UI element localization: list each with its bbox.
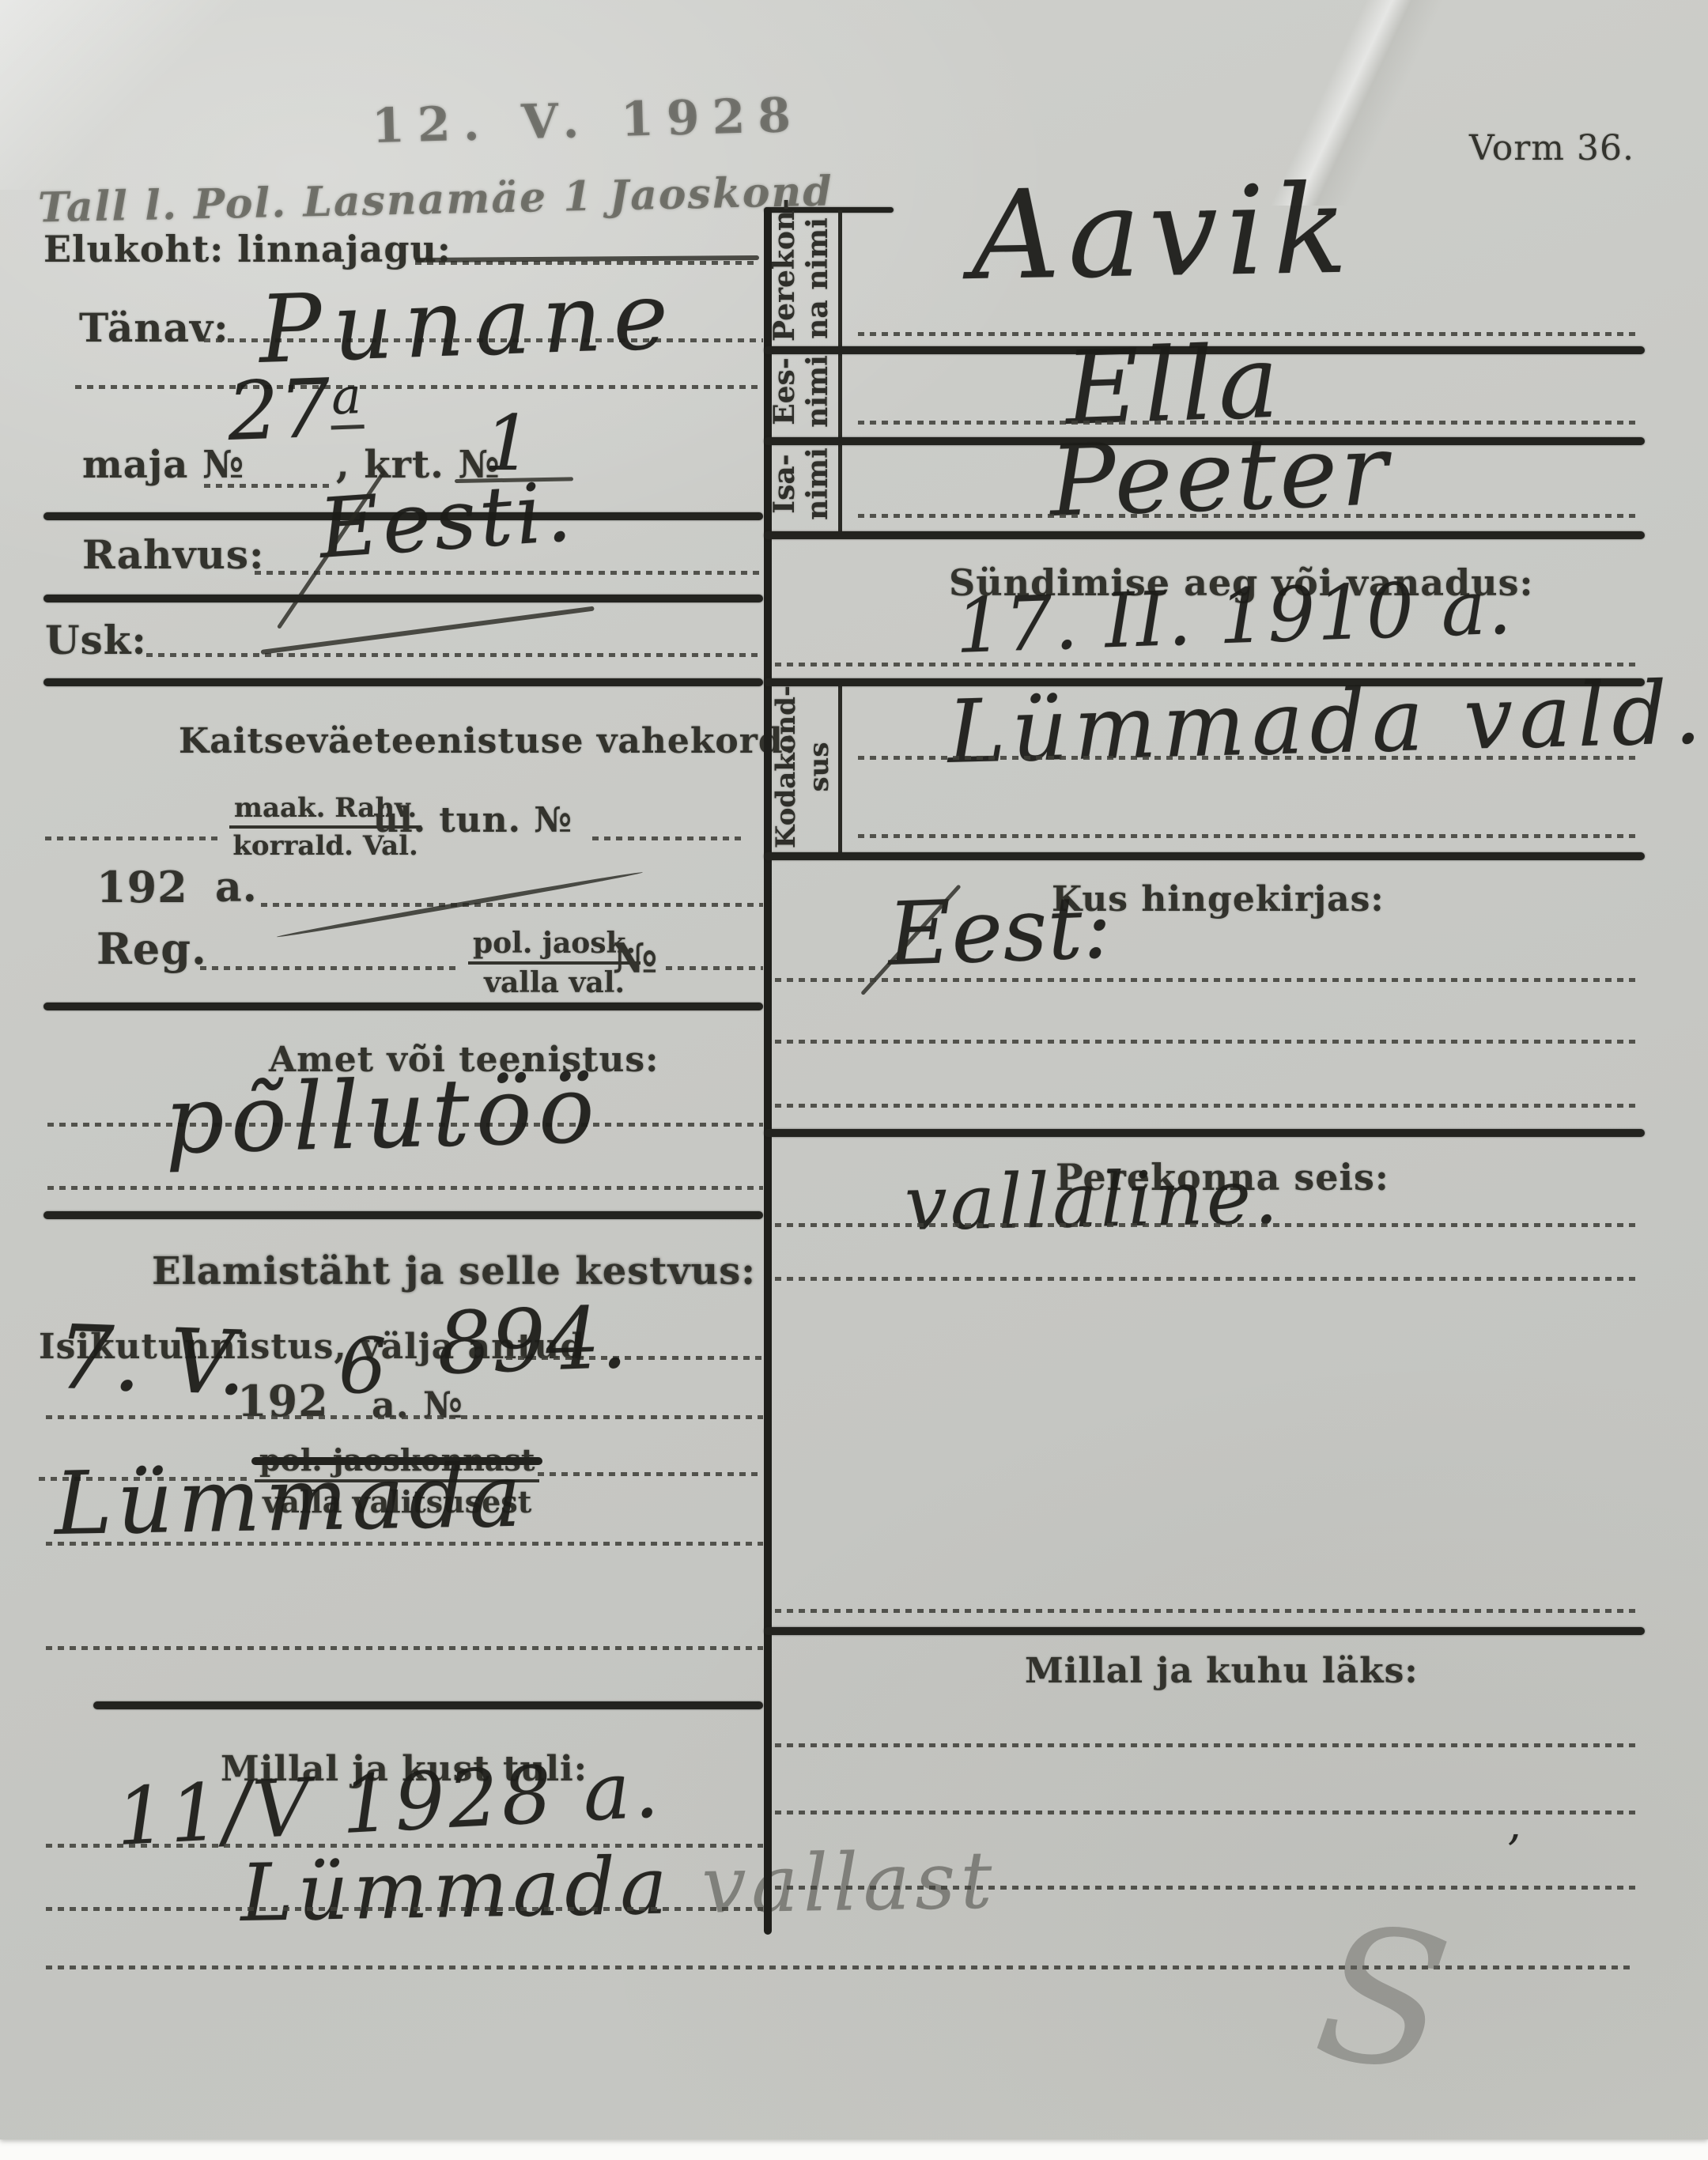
rule-dotted	[45, 836, 221, 840]
vertical-label-kodakondsus: Kodakond- sus	[769, 676, 833, 858]
rule-dotted	[775, 1811, 1637, 1814]
rule-thick	[43, 1211, 763, 1219]
rule-dotted	[204, 484, 332, 488]
handwritten-isik-no: 894.	[436, 1289, 629, 1394]
rule-thick	[764, 531, 1645, 539]
field-label-reg: Reg.	[96, 923, 207, 974]
tuli-from-faded: vallast	[701, 1833, 997, 1931]
paper-sheet: 12. V. 1928 Tall l. Pol. Lasnamäe 1 Jaos…	[0, 0, 1708, 2139]
rule-dotted	[47, 1186, 763, 1190]
rule-dotted	[46, 1415, 763, 1419]
label-cell-divider	[838, 682, 842, 852]
maja-nr-letter: a	[329, 366, 364, 429]
field-label-a: a.	[215, 863, 258, 912]
vertical-label-isanimi: Isa- nimi	[768, 440, 834, 527]
pencil-mark: S	[1305, 1884, 1460, 2116]
field-label-192: 192	[96, 862, 188, 912]
rule-thick	[43, 1003, 763, 1010]
rule-thick	[43, 678, 763, 686]
rule-dotted	[775, 1040, 1637, 1044]
rule-thick	[764, 1129, 1645, 1137]
rule-dotted	[775, 1223, 1637, 1227]
vertical-label-line: nimi	[801, 348, 834, 435]
date-stamp: 12. V. 1928	[371, 88, 804, 154]
rule-dotted	[75, 385, 763, 389]
rule-dotted	[46, 1646, 763, 1650]
stray-pen-mark: ’	[1506, 1826, 1521, 1878]
scanned-registration-form: 12. V. 1928 Tall l. Pol. Lasnamäe 1 Jaos…	[0, 0, 1708, 2160]
heading-kaitsevaeteenistus: Kaitseväeteenistuse vahekord:	[179, 721, 797, 761]
rule-dotted	[666, 966, 763, 970]
handwritten-isanimi: Peeter	[1048, 413, 1392, 539]
vertical-label-line: sus	[803, 676, 836, 858]
vertical-label-line: nimi	[801, 440, 834, 527]
handwritten-valla: Lümmada	[54, 1445, 527, 1554]
rule-thick	[764, 852, 1645, 860]
handwritten-perekonna-seis: vallaline.	[904, 1154, 1282, 1248]
rule-dotted	[200, 966, 457, 970]
field-label-elukoht: Elukoht: linnajagu:	[43, 228, 452, 270]
vertical-label-perekonnanimi: Perekon- na nimi	[768, 215, 834, 342]
rule-dotted	[146, 653, 763, 657]
handwritten-isik-date: 7. V.	[55, 1306, 248, 1415]
vertical-label-line: Ees-	[768, 348, 801, 435]
handwritten-rahvus: Eesti.	[316, 463, 577, 577]
rule-dotted	[858, 514, 1637, 518]
field-label-tanav: Tänav:	[79, 304, 229, 351]
label-cell-divider	[838, 210, 842, 533]
handwritten-perekonnanimi: Aavik	[970, 158, 1357, 308]
maja-nr-digits: 27	[226, 362, 332, 459]
vertical-label-eesnimi: Ees- nimi	[768, 348, 834, 435]
rule-dotted	[775, 663, 1637, 667]
office-stamp: Tall l. Pol. Lasnamäe 1 Jaoskond	[37, 167, 833, 232]
vertical-label-line: Isa-	[768, 440, 801, 527]
rule-dotted	[858, 756, 1637, 760]
rule-dotted	[46, 1542, 763, 1546]
rule-dotted	[592, 836, 744, 840]
field-label-no: №	[613, 935, 659, 983]
field-label-rahvus: Rahvus:	[82, 531, 264, 578]
rule-dotted	[775, 1743, 1637, 1747]
rule-dotted	[261, 903, 763, 907]
pen-dash	[261, 606, 595, 655]
rule-dotted	[775, 1104, 1637, 1108]
rule-thick	[764, 1627, 1645, 1635]
heading-elamistaht: Elamistäht ja selle kestvus:	[152, 1249, 756, 1293]
rule-dotted	[538, 1472, 763, 1476]
handwritten-kodakondsus: Lümmada vald.	[947, 662, 1708, 783]
vertical-label-line: Kodakond-	[769, 676, 803, 858]
handwritten-amet: põllutöö	[163, 1055, 602, 1175]
handwritten-sundimise: 17. II. 1910 a.	[954, 564, 1514, 670]
field-label-ul-tun: ül. tun. №	[373, 800, 572, 840]
rule-dotted	[46, 1907, 763, 1911]
vertical-label-line: Perekon-	[768, 215, 801, 342]
rule-thick	[93, 1701, 763, 1709]
rule-dotted	[775, 978, 1637, 982]
heading-millal-kuhu-laks: Millal ja kuhu läks:	[1025, 1651, 1419, 1691]
rule-dotted	[775, 1609, 1637, 1613]
rule-dotted	[775, 1886, 1637, 1890]
tuli-from-ink: Lümmada	[240, 1839, 673, 1939]
field-label-maja: maja №	[82, 443, 244, 487]
rule-dotted	[775, 1277, 1637, 1281]
vertical-label-line: na nimi	[801, 215, 834, 342]
rule-dotted	[858, 834, 1637, 838]
paper-crease	[0, 0, 253, 190]
form-number: Vorm 36.	[1469, 128, 1634, 168]
field-label-usk: Usk:	[45, 617, 147, 663]
rule-thick	[43, 595, 763, 602]
